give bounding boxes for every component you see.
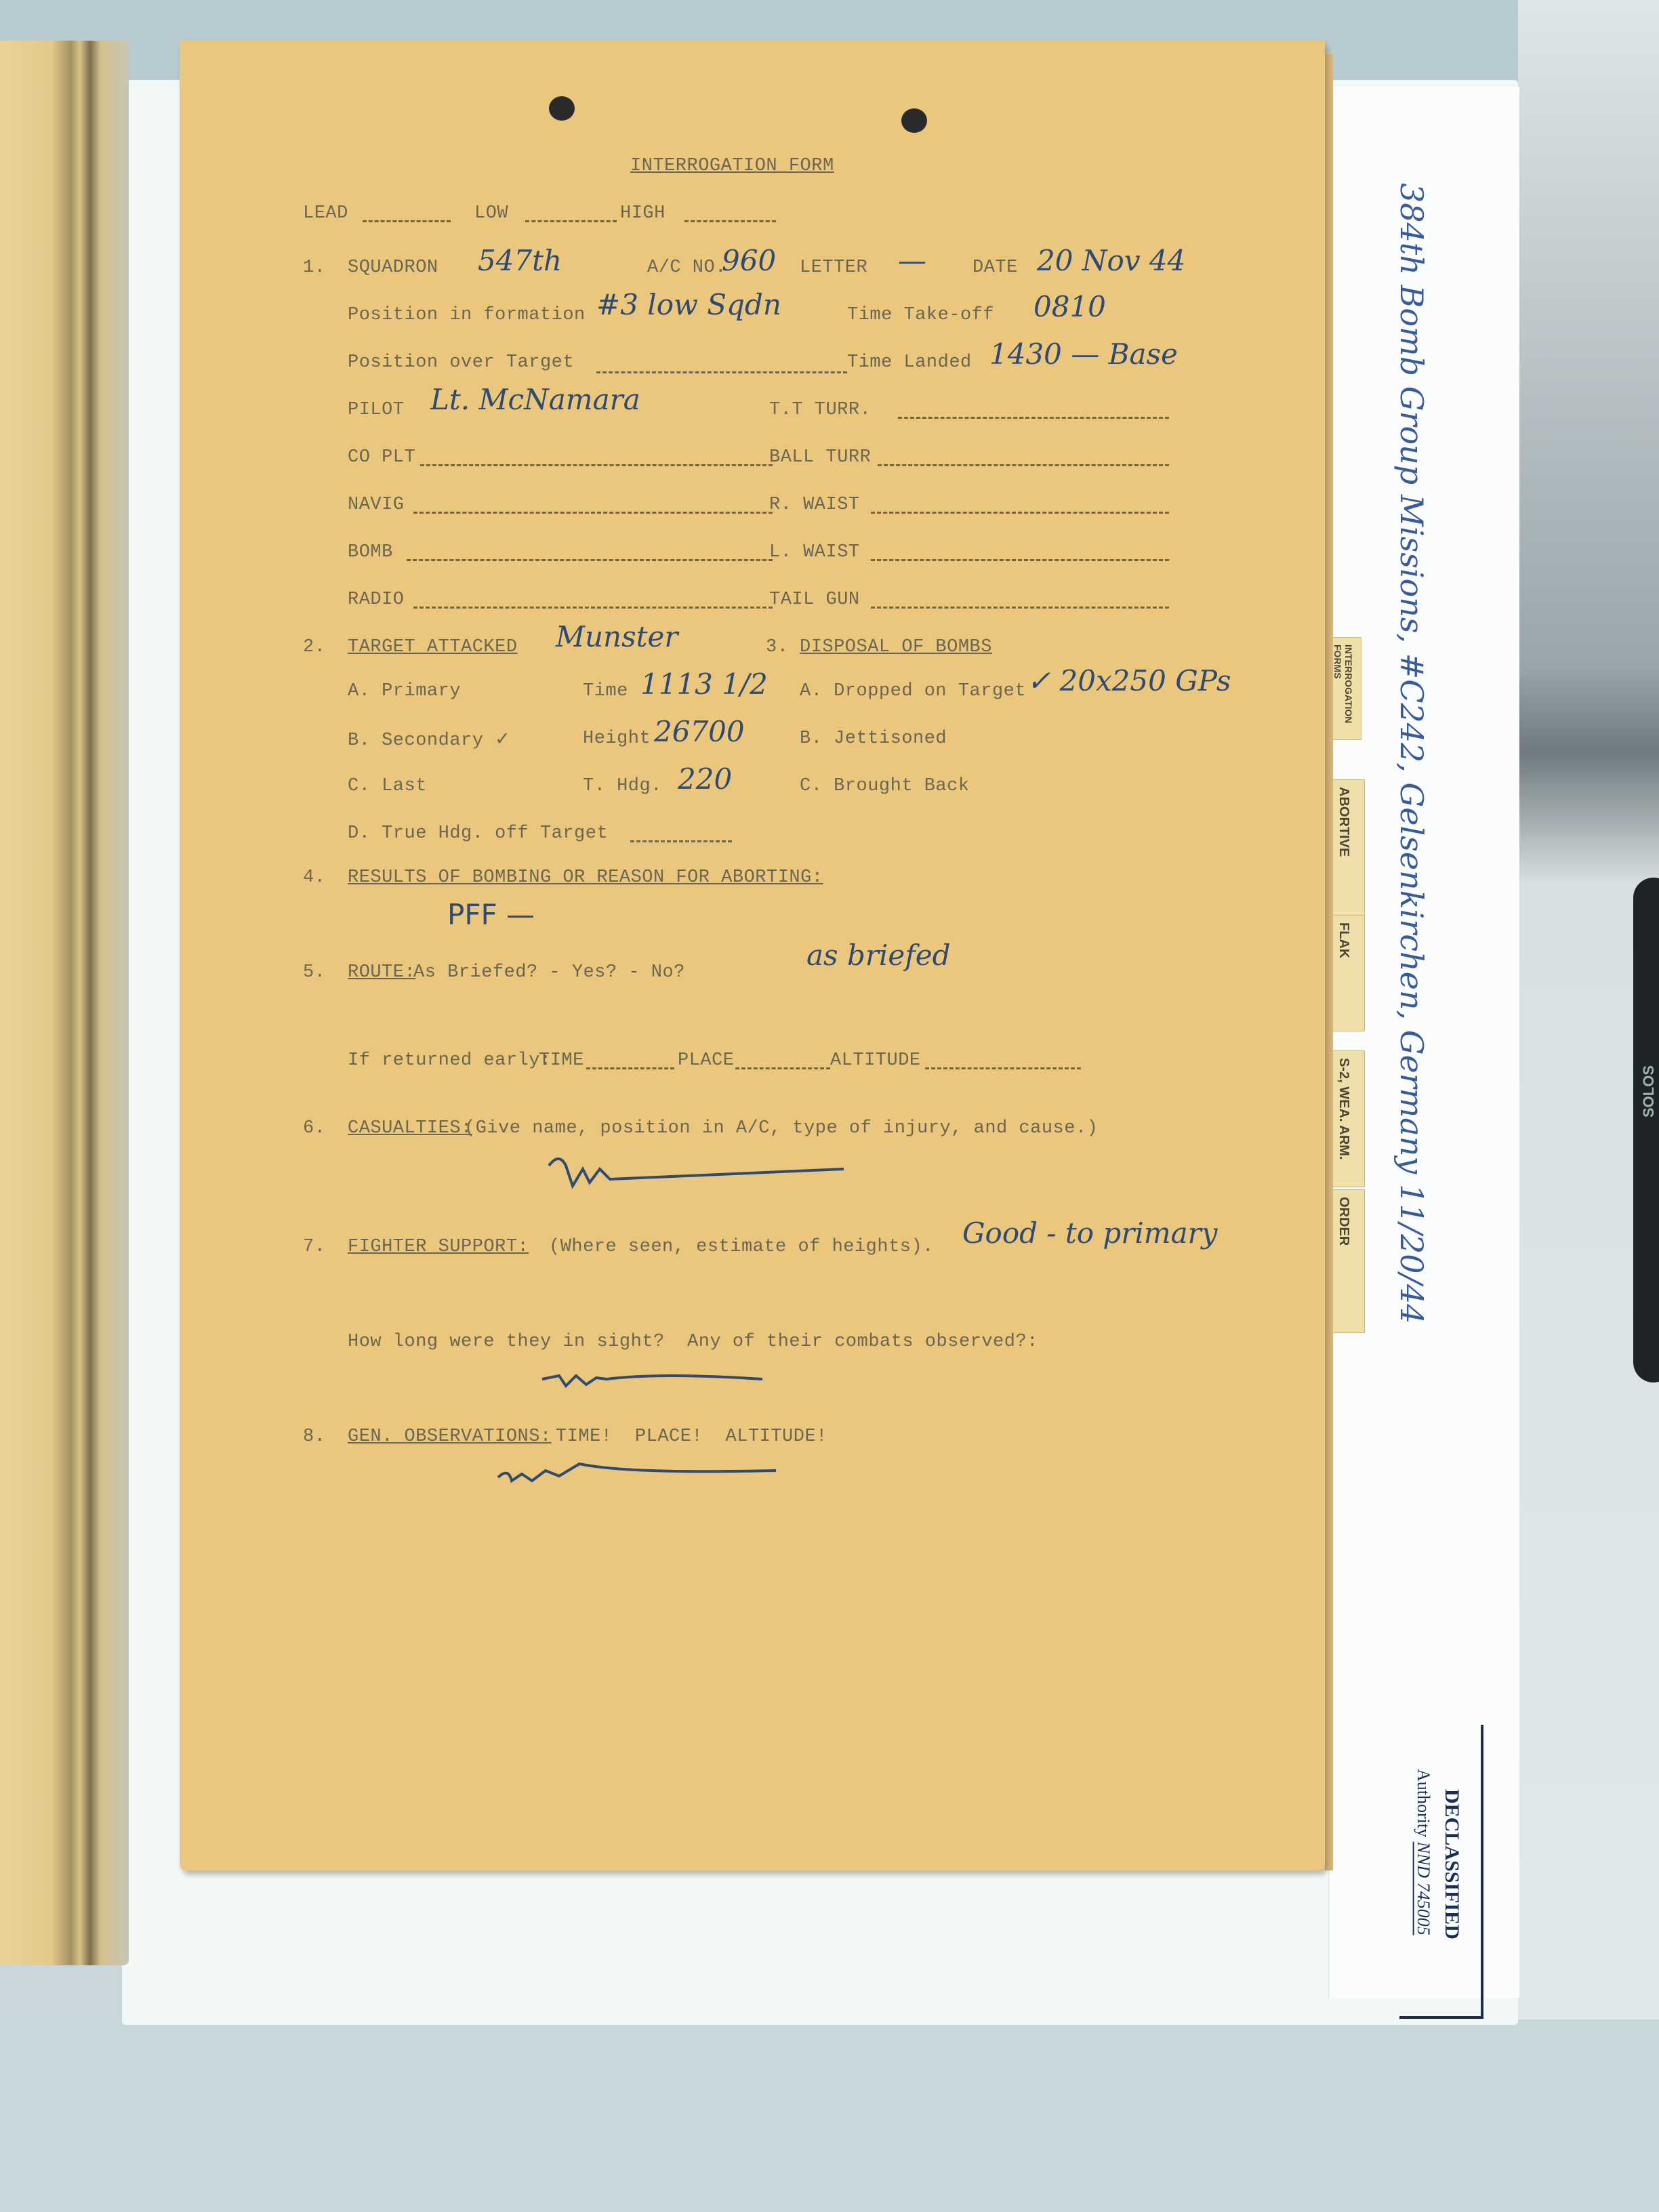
tab-flak[interactable]: FLAK (1328, 915, 1365, 1031)
form-title: INTERROGATION FORM (630, 156, 834, 176)
low-line[interactable] (525, 220, 617, 222)
crew-pilot-value: Lt. McNamara (430, 383, 640, 416)
crew-navig-label: NAVIG (348, 495, 405, 515)
disposal-of-bombs-heading: DISPOSAL OF BOMBS (800, 637, 992, 657)
punch-hole (549, 96, 575, 121)
tab-order[interactable]: ORDER (1328, 1189, 1365, 1333)
time-landed-value: 1430 — Base (989, 337, 1178, 371)
crew-ball-turr-label: BALL TURR (769, 447, 871, 468)
tab-s2-wea-arm[interactable]: S-2, WEA. ARM. (1328, 1050, 1365, 1187)
crew-radio-label: RADIO (348, 590, 405, 610)
section-number: 5. (303, 962, 325, 983)
true-hdg-label: D. True Hdg. off Target (348, 823, 608, 844)
dropped-on-target-label: A. Dropped on Target (800, 681, 1026, 701)
crew-bomb-line[interactable] (407, 559, 773, 561)
t-hdg-value: 220 (678, 762, 732, 796)
ac-no-label: A/C NO. (647, 258, 726, 278)
squadron-label: SQUADRON (348, 258, 438, 278)
crew-ball-turr-line[interactable] (878, 464, 1169, 466)
returned-time-line[interactable] (586, 1067, 674, 1069)
route-heading: ROUTE: (348, 962, 415, 983)
declassified-authority: Authority NND 745005 (1413, 1769, 1433, 1935)
returned-early-label: If returned early: (348, 1050, 552, 1071)
returned-altitude-label: ALTITUDE (830, 1050, 921, 1071)
position-in-formation-value: #3 low Sqdn (596, 288, 781, 321)
position-in-formation-label: Position in formation (348, 305, 586, 325)
section-number: 1. (303, 258, 325, 278)
casualties-heading: CASUALTIES: (348, 1118, 472, 1139)
interrogation-form-page: INTERROGATION FORM LEAD LOW HIGH 1. SQUA… (180, 41, 1325, 1870)
letter-value: — (898, 244, 926, 277)
fighter-support-value: Good - to primary (962, 1216, 1217, 1250)
crew-tt-turr-line[interactable] (898, 417, 1169, 419)
dropped-on-target-value: ✓ 20x250 GPs (1027, 664, 1231, 697)
secondary-label: B. Secondary ✓ (348, 729, 510, 751)
height-label: Height (583, 729, 651, 749)
section-number: 3. (766, 637, 788, 657)
returned-altitude-line[interactable] (925, 1067, 1081, 1069)
ac-no-value: 960 (722, 244, 776, 277)
crew-copilot-label: CO PLT (348, 447, 415, 468)
height-value: 26700 (654, 715, 745, 748)
section-number: 4. (303, 867, 325, 888)
crew-bomb-label: BOMB (348, 542, 393, 562)
squadron-value: 547th (478, 244, 562, 277)
crew-tail-gun-line[interactable] (871, 607, 1169, 609)
crew-pilot-label: PILOT (348, 400, 405, 420)
punch-hole (901, 108, 927, 133)
fighters-none-scribble (539, 1359, 769, 1393)
gen-observations-heading: GEN. OBSERVATIONS: (348, 1427, 552, 1447)
crew-l-waist-label: L. WAIST (769, 542, 860, 562)
lead-line[interactable] (363, 220, 451, 222)
results-heading: RESULTS OF BOMBING OR REASON FOR ABORTIN… (348, 867, 823, 888)
crew-r-waist-line[interactable] (871, 512, 1169, 514)
crew-radio-line[interactable] (413, 607, 773, 609)
observations-none-scribble (491, 1450, 790, 1498)
crew-tt-turr-label: T.T TURR. (769, 400, 871, 420)
time-value: 1113 1/2 (640, 668, 768, 701)
high-line[interactable] (684, 220, 776, 222)
fighter-support-heading: FIGHTER SUPPORT: (348, 1237, 529, 1257)
position-over-target-line[interactable] (596, 371, 847, 373)
returned-place-label: PLACE (678, 1050, 735, 1071)
route-question: As Briefed? - Yes? - No? (413, 962, 685, 983)
section-number: 7. (303, 1237, 325, 1257)
time-takeoff-label: Time Take-off (847, 305, 994, 325)
date-value: 20 Nov 44 (1037, 244, 1185, 277)
date-label: DATE (972, 258, 1018, 278)
high-label: HIGH (620, 203, 665, 224)
crew-copilot-line[interactable] (420, 464, 773, 466)
section-number: 6. (303, 1118, 325, 1139)
background-bottom (0, 2020, 1659, 2212)
position-over-target-label: Position over Target (348, 352, 574, 373)
section-number: 2. (303, 637, 325, 657)
time-landed-label: Time Landed (847, 352, 972, 373)
returned-time-label: TIME (539, 1050, 584, 1071)
route-value: as briefed (806, 939, 950, 972)
casualties-none-scribble (546, 1152, 857, 1200)
side-note: 384th Bomb Group Missions, #C242, Gelsen… (1393, 183, 1430, 1324)
tab-abortive[interactable]: ABORTIVE (1328, 779, 1365, 916)
left-document-stack (0, 41, 129, 1965)
target-attacked-value: Munster (556, 620, 678, 653)
crew-tail-gun-label: TAIL GUN (769, 590, 860, 610)
casualties-instruction: (Give name, position in A/C, type of inj… (464, 1118, 1098, 1139)
lead-label: LEAD (303, 203, 348, 224)
letter-label: LETTER (800, 258, 867, 278)
jettisoned-label: B. Jettisoned (800, 729, 947, 749)
low-label: LOW (474, 203, 508, 224)
time-label: Time (583, 681, 628, 701)
crew-r-waist-label: R. WAIST (769, 495, 860, 515)
crew-l-waist-line[interactable] (871, 559, 1169, 561)
returned-place-line[interactable] (735, 1067, 830, 1069)
section-number: 8. (303, 1427, 325, 1447)
target-attacked-heading: TARGET ATTACKED (348, 637, 518, 657)
authority-value: NND 745005 (1414, 1842, 1433, 1935)
authority-label: Authority (1414, 1769, 1433, 1837)
last-label: C. Last (348, 776, 427, 796)
declassified-title: DECLASSIFIED (1440, 1789, 1463, 1940)
gen-observations-fields: TIME! PLACE! ALTITUDE! (556, 1427, 827, 1447)
page-edge (1325, 54, 1333, 1870)
time-takeoff-value: 0810 (1033, 290, 1106, 323)
results-value: PFF — (447, 898, 535, 931)
true-hdg-line[interactable] (630, 840, 732, 842)
fighter-support-instruction: (Where seen, estimate of heights). (549, 1237, 934, 1257)
primary-label: A. Primary (348, 681, 461, 701)
brought-back-label: C. Brought Back (800, 776, 970, 796)
crew-navig-line[interactable] (413, 512, 773, 514)
device-label: SOLOS (1640, 1033, 1659, 1149)
fighters-in-sight-question: How long were they in sight? Any of thei… (348, 1332, 1038, 1352)
t-hdg-label: T. Hdg. (583, 776, 662, 796)
